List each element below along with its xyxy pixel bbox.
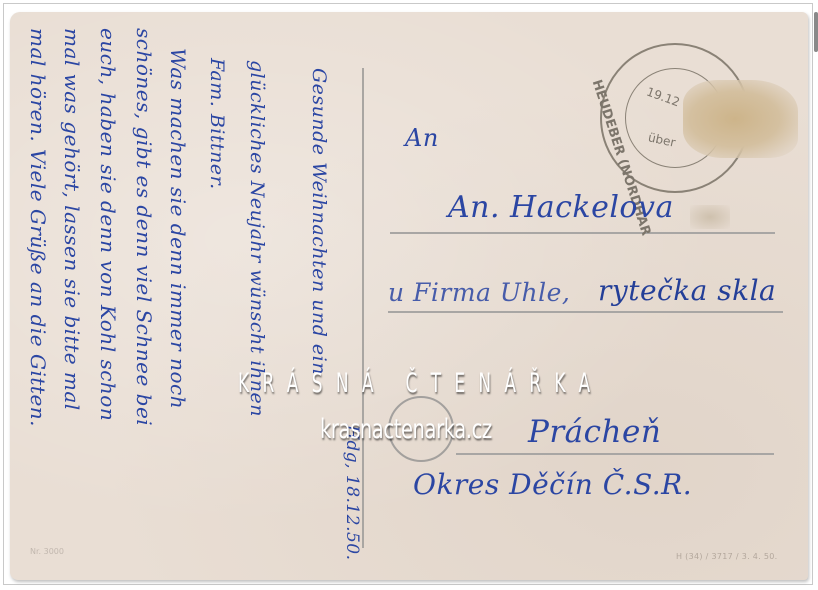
address-line-1 — [390, 232, 775, 234]
message-column-2: schönes, gibt es denn viel Schnee bei — [132, 28, 156, 426]
stamp-remnant — [683, 80, 798, 158]
greeting-column-2: glückliches Neujahr wünscht ihnen — [246, 60, 268, 417]
address-company: u Firma Uhle, — [388, 278, 570, 307]
greeting-column-3: Fam. Bittner. — [206, 58, 228, 190]
print-code-left: Nr. 3000 — [30, 547, 64, 556]
address-prefix: An — [405, 124, 439, 152]
address-occupation: rytečka skla — [598, 274, 776, 307]
message-column-3: euch, haben sie denn von Kohl schon — [96, 28, 120, 421]
address-line-2 — [388, 311, 783, 313]
stain — [690, 205, 730, 229]
card-edge-shadow — [814, 12, 818, 52]
message-column-4: mal was gehört, lassen sie bitte mal — [60, 28, 84, 411]
address-recipient: An. Hackelova — [448, 190, 674, 225]
greeting-column-1: Gesunde Weihnachten und ein — [308, 68, 330, 375]
watermark-title: KRÁSNÁ ČTENÁŘKA — [238, 368, 603, 399]
watermark-url: krasnactenarka.cz — [320, 414, 492, 445]
print-code: H (34) / 3717 / 3. 4. 50. — [676, 552, 777, 561]
dateline: Hdg, 18.12.50. — [342, 425, 362, 561]
message-column-1: Was machen sie denn immer noch — [166, 48, 190, 409]
address-town: Prácheň — [528, 414, 661, 450]
message-address-divider — [362, 68, 364, 548]
address-district: Okres Děčín Č.S.R. — [413, 468, 692, 501]
message-column-5: mal hören. Viele Grüße an die Gitten. — [26, 28, 50, 427]
address-line-3 — [456, 453, 774, 455]
